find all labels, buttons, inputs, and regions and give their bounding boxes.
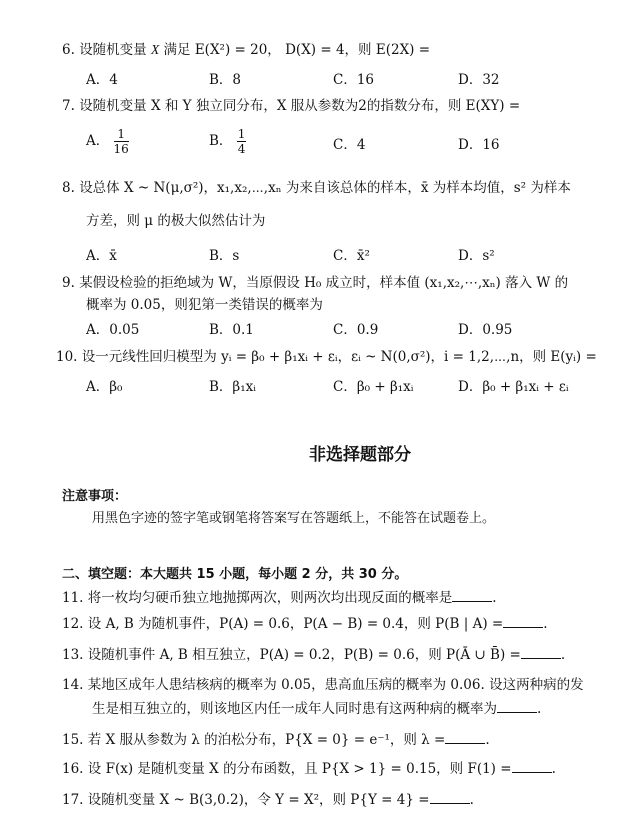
question-number: 14. <box>62 677 83 693</box>
math-expression: E(X²) = 20， <box>195 42 281 58</box>
question-text: 设一元线性回归模型为 yᵢ = β₀ + β₁xᵢ + εᵢ，εᵢ ~ N(0,… <box>82 349 597 365</box>
option-b: B． 14 <box>209 127 246 156</box>
question-11: 11. 将一枚均匀硬币独立地抛掷两次，则两次均出现反面的概率是. <box>62 586 497 606</box>
question-text: 将一枚均匀硬币独立地抛掷两次，则两次均出现反面的概率是 <box>88 590 453 606</box>
notice-text: 用黑色字迹的签字笔或钢笔将答案写在答题纸上，不能答在试题卷上。 <box>92 507 495 526</box>
question-text: 生是相互独立的，则该地区内任一成年人同时患有这两种病的概率为 <box>92 701 497 717</box>
question-number: 10. <box>56 349 77 365</box>
period: . <box>485 732 489 748</box>
question-7: 7. 设随机变量 X 和 Y 独立同分布，X 服从参数为2的指数分布，则 E(X… <box>62 94 520 114</box>
option-c: C．0.9 <box>333 318 378 338</box>
question-text: 某地区成年人患结核病的概率为 0.05，患高血压病的概率为 0.06. 设这两种… <box>88 677 584 693</box>
option-d: D．32 <box>458 68 500 88</box>
question-text: 设随机变量 X 和 Y 独立同分布，X 服从参数为2的指数分布，则 E(XY) … <box>79 98 520 114</box>
notice-label: 注意事项： <box>62 485 127 504</box>
question-number: 17. <box>62 792 83 808</box>
part-two-heading: 二、填空题：本大题共 15 小题，每小题 2 分，共 30 分。 <box>62 563 407 582</box>
question-text: 若 X 服从参数为 λ 的泊松分布，P{X = 0} = e⁻¹，则 λ = <box>88 732 446 748</box>
option-a: A． 116 <box>86 127 129 156</box>
answer-blank[interactable] <box>512 760 552 773</box>
question-text: 设总体 X ~ N(μ,σ²)，x₁,x₂,⋯,xₙ 为来自该总体的样本，x̄ … <box>79 180 571 196</box>
option-b: B．β₁xᵢ <box>209 375 256 395</box>
answer-blank[interactable] <box>430 791 470 804</box>
question-9-continued: 概率为 0.05，则犯第一类错误的概率为 <box>86 293 323 313</box>
period: . <box>543 616 547 632</box>
option-d: D．16 <box>458 133 500 153</box>
question-number: 15. <box>62 732 83 748</box>
period: . <box>561 647 565 663</box>
question-6: 6. 设随机变量 X 满足 E(X²) = 20， D(X) = 4，则 E(2… <box>62 38 430 58</box>
option-d: D．0.95 <box>458 318 512 338</box>
question-14-continued: 生是相互独立的，则该地区内任一成年人同时患有这两种病的概率为. <box>92 697 541 717</box>
question-text: 设 F(x) 是随机变量 X 的分布函数，且 P{X > 1} = 0.15，则… <box>88 761 512 777</box>
option-label: B． <box>209 133 232 149</box>
question-number: 7. <box>62 98 75 114</box>
question-15: 15. 若 X 服从参数为 λ 的泊松分布，P{X = 0} = e⁻¹，则 λ… <box>62 728 490 748</box>
question-10: 10. 设一元线性回归模型为 yᵢ = β₀ + β₁xᵢ + εᵢ，εᵢ ~ … <box>56 345 597 365</box>
option-c: C．4 <box>333 133 365 153</box>
period: . <box>537 701 541 717</box>
question-16: 16. 设 F(x) 是随机变量 X 的分布函数，且 P{X > 1} = 0.… <box>62 757 556 777</box>
fraction: 116 <box>114 127 129 156</box>
period: . <box>552 761 556 777</box>
option-label: A． <box>86 133 109 149</box>
question-13: 13. 设随机事件 A, B 相互独立，P(A) = 0.2，P(B) = 0.… <box>62 643 565 663</box>
option-a: A．x̄ <box>86 244 117 264</box>
question-8: 8. 设总体 X ~ N(μ,σ²)，x₁,x₂,⋯,xₙ 为来自该总体的样本，… <box>62 176 571 196</box>
question-number: 13. <box>62 647 83 663</box>
question-12: 12. 设 A, B 为随机事件，P(A) = 0.6，P(A − B) = 0… <box>62 612 548 632</box>
option-d: D．β₀ + β₁xᵢ + εᵢ <box>458 375 569 395</box>
option-c: C．β₀ + β₁xᵢ <box>333 375 414 395</box>
question-17: 17. 设随机变量 X ~ B(3,0.2)，令 Y = X²，则 P{Y = … <box>62 788 474 808</box>
question-text: 设随机事件 A, B 相互独立，P(A) = 0.2，P(B) = 0.6，则 … <box>88 647 521 663</box>
question-8-continued: 方差，则 μ 的极大似然估计为 <box>86 209 265 229</box>
question-number: 9. <box>62 275 75 291</box>
question-9: 9. 某假设检验的拒绝域为 W，当原假设 H₀ 成立时，样本值 (x₁,x₂,⋯… <box>62 271 568 291</box>
option-a: A．β₀ <box>86 375 122 395</box>
math-expression: D(X) = 4，则 <box>285 42 371 58</box>
option-b: B．0.1 <box>209 318 254 338</box>
question-text: 满足 <box>164 42 191 58</box>
question-number: 16. <box>62 761 83 777</box>
answer-blank[interactable] <box>445 731 485 744</box>
math-expression: E(2X) = <box>376 42 430 58</box>
question-text: 设随机变量 X ~ B(3,0.2)，令 Y = X²，则 P{Y = 4} = <box>88 792 430 808</box>
question-text: 设 A, B 为随机事件，P(A) = 0.6，P(A − B) = 0.4，则… <box>88 616 503 632</box>
question-14: 14. 某地区成年人患结核病的概率为 0.05，患高血压病的概率为 0.06. … <box>62 673 584 693</box>
question-number: 11. <box>62 590 83 606</box>
option-a: A．4 <box>86 68 118 88</box>
question-text: 设随机变量 <box>79 42 147 58</box>
option-c: C．x̄² <box>333 244 370 264</box>
option-b: B．s <box>209 244 239 264</box>
section-title: 非选择题部分 <box>0 440 630 465</box>
period: . <box>470 792 474 808</box>
option-d: D．s² <box>458 244 495 264</box>
question-text: 某假设检验的拒绝域为 W，当原假设 H₀ 成立时，样本值 (x₁,x₂,⋯,xₙ… <box>79 275 568 291</box>
option-c: C．16 <box>333 68 374 88</box>
option-a: A．0.05 <box>86 318 139 338</box>
answer-blank[interactable] <box>503 615 543 628</box>
question-number: 12. <box>62 616 83 632</box>
question-number: 8. <box>62 180 75 196</box>
answer-blank[interactable] <box>497 700 537 713</box>
answer-blank[interactable] <box>452 589 492 602</box>
period: . <box>492 590 496 606</box>
question-number: 6. <box>62 42 75 58</box>
fraction: 14 <box>237 127 247 156</box>
answer-blank[interactable] <box>521 646 561 659</box>
option-b: B．8 <box>209 68 241 88</box>
